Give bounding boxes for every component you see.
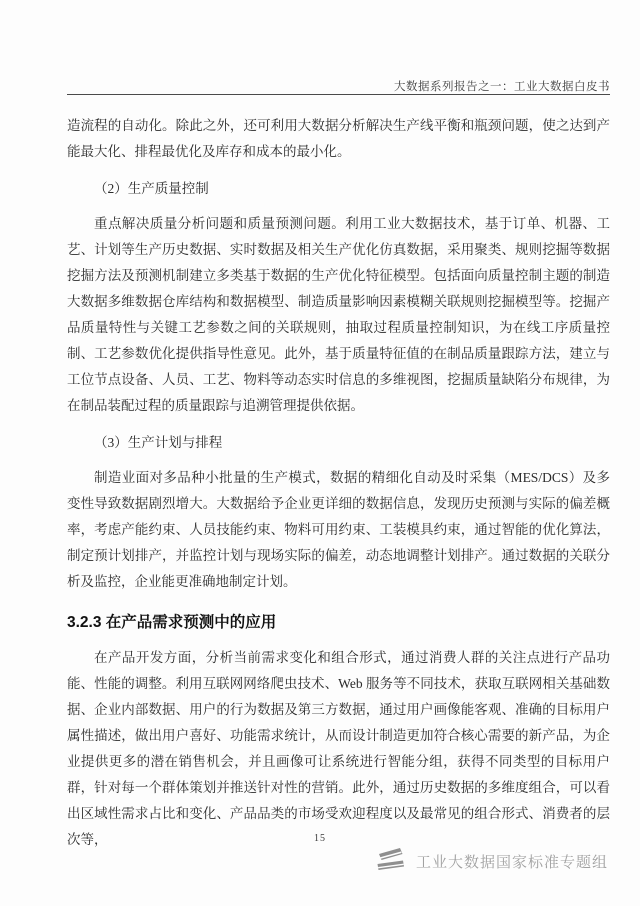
document-page: 大数据系列报告之一：工业大数据白皮书 造流程的自动化。除此之外，还可利用大数据分… [0, 0, 640, 906]
section-3-2-3-paragraph: 在产品开发方面，分析当前需求变化和组合形式，通过消费人群的关注点进行产品功能、性… [67, 645, 610, 853]
list-item-2-heading: （2）生产质量控制 [67, 176, 610, 202]
list-item-3-heading: （3）生产计划与排程 [67, 430, 610, 456]
publisher-watermark: 工业大数据国家标准专题组 [373, 845, 608, 877]
paragraph-continuation: 造流程的自动化。除此之外，还可利用大数据分析解决生产线平衡和瓶颈问题，使之达到产… [67, 113, 610, 165]
list-item-3-paragraph: 制造业面对多品种小批量的生产模式，数据的精细化自动及时采集（MES/DCS）及多… [67, 465, 610, 595]
list-item-2-paragraph: 重点解决质量分析问题和质量预测问题。利用工业大数据技术，基于订单、机器、工艺、计… [67, 211, 610, 419]
document-body: 造流程的自动化。除此之外，还可利用大数据分析解决生产线平衡和瓶颈问题，使之达到产… [67, 107, 610, 853]
stacked-books-icon [373, 845, 407, 877]
publisher-group-name: 工业大数据国家标准专题组 [416, 851, 608, 872]
section-heading-3-2-3: 3.2.3 在产品需求预测中的应用 [67, 610, 610, 636]
page-number: 15 [0, 833, 640, 844]
header-running-title: 大数据系列报告之一：工业大数据白皮书 [394, 78, 610, 94]
header-divider [67, 94, 610, 95]
